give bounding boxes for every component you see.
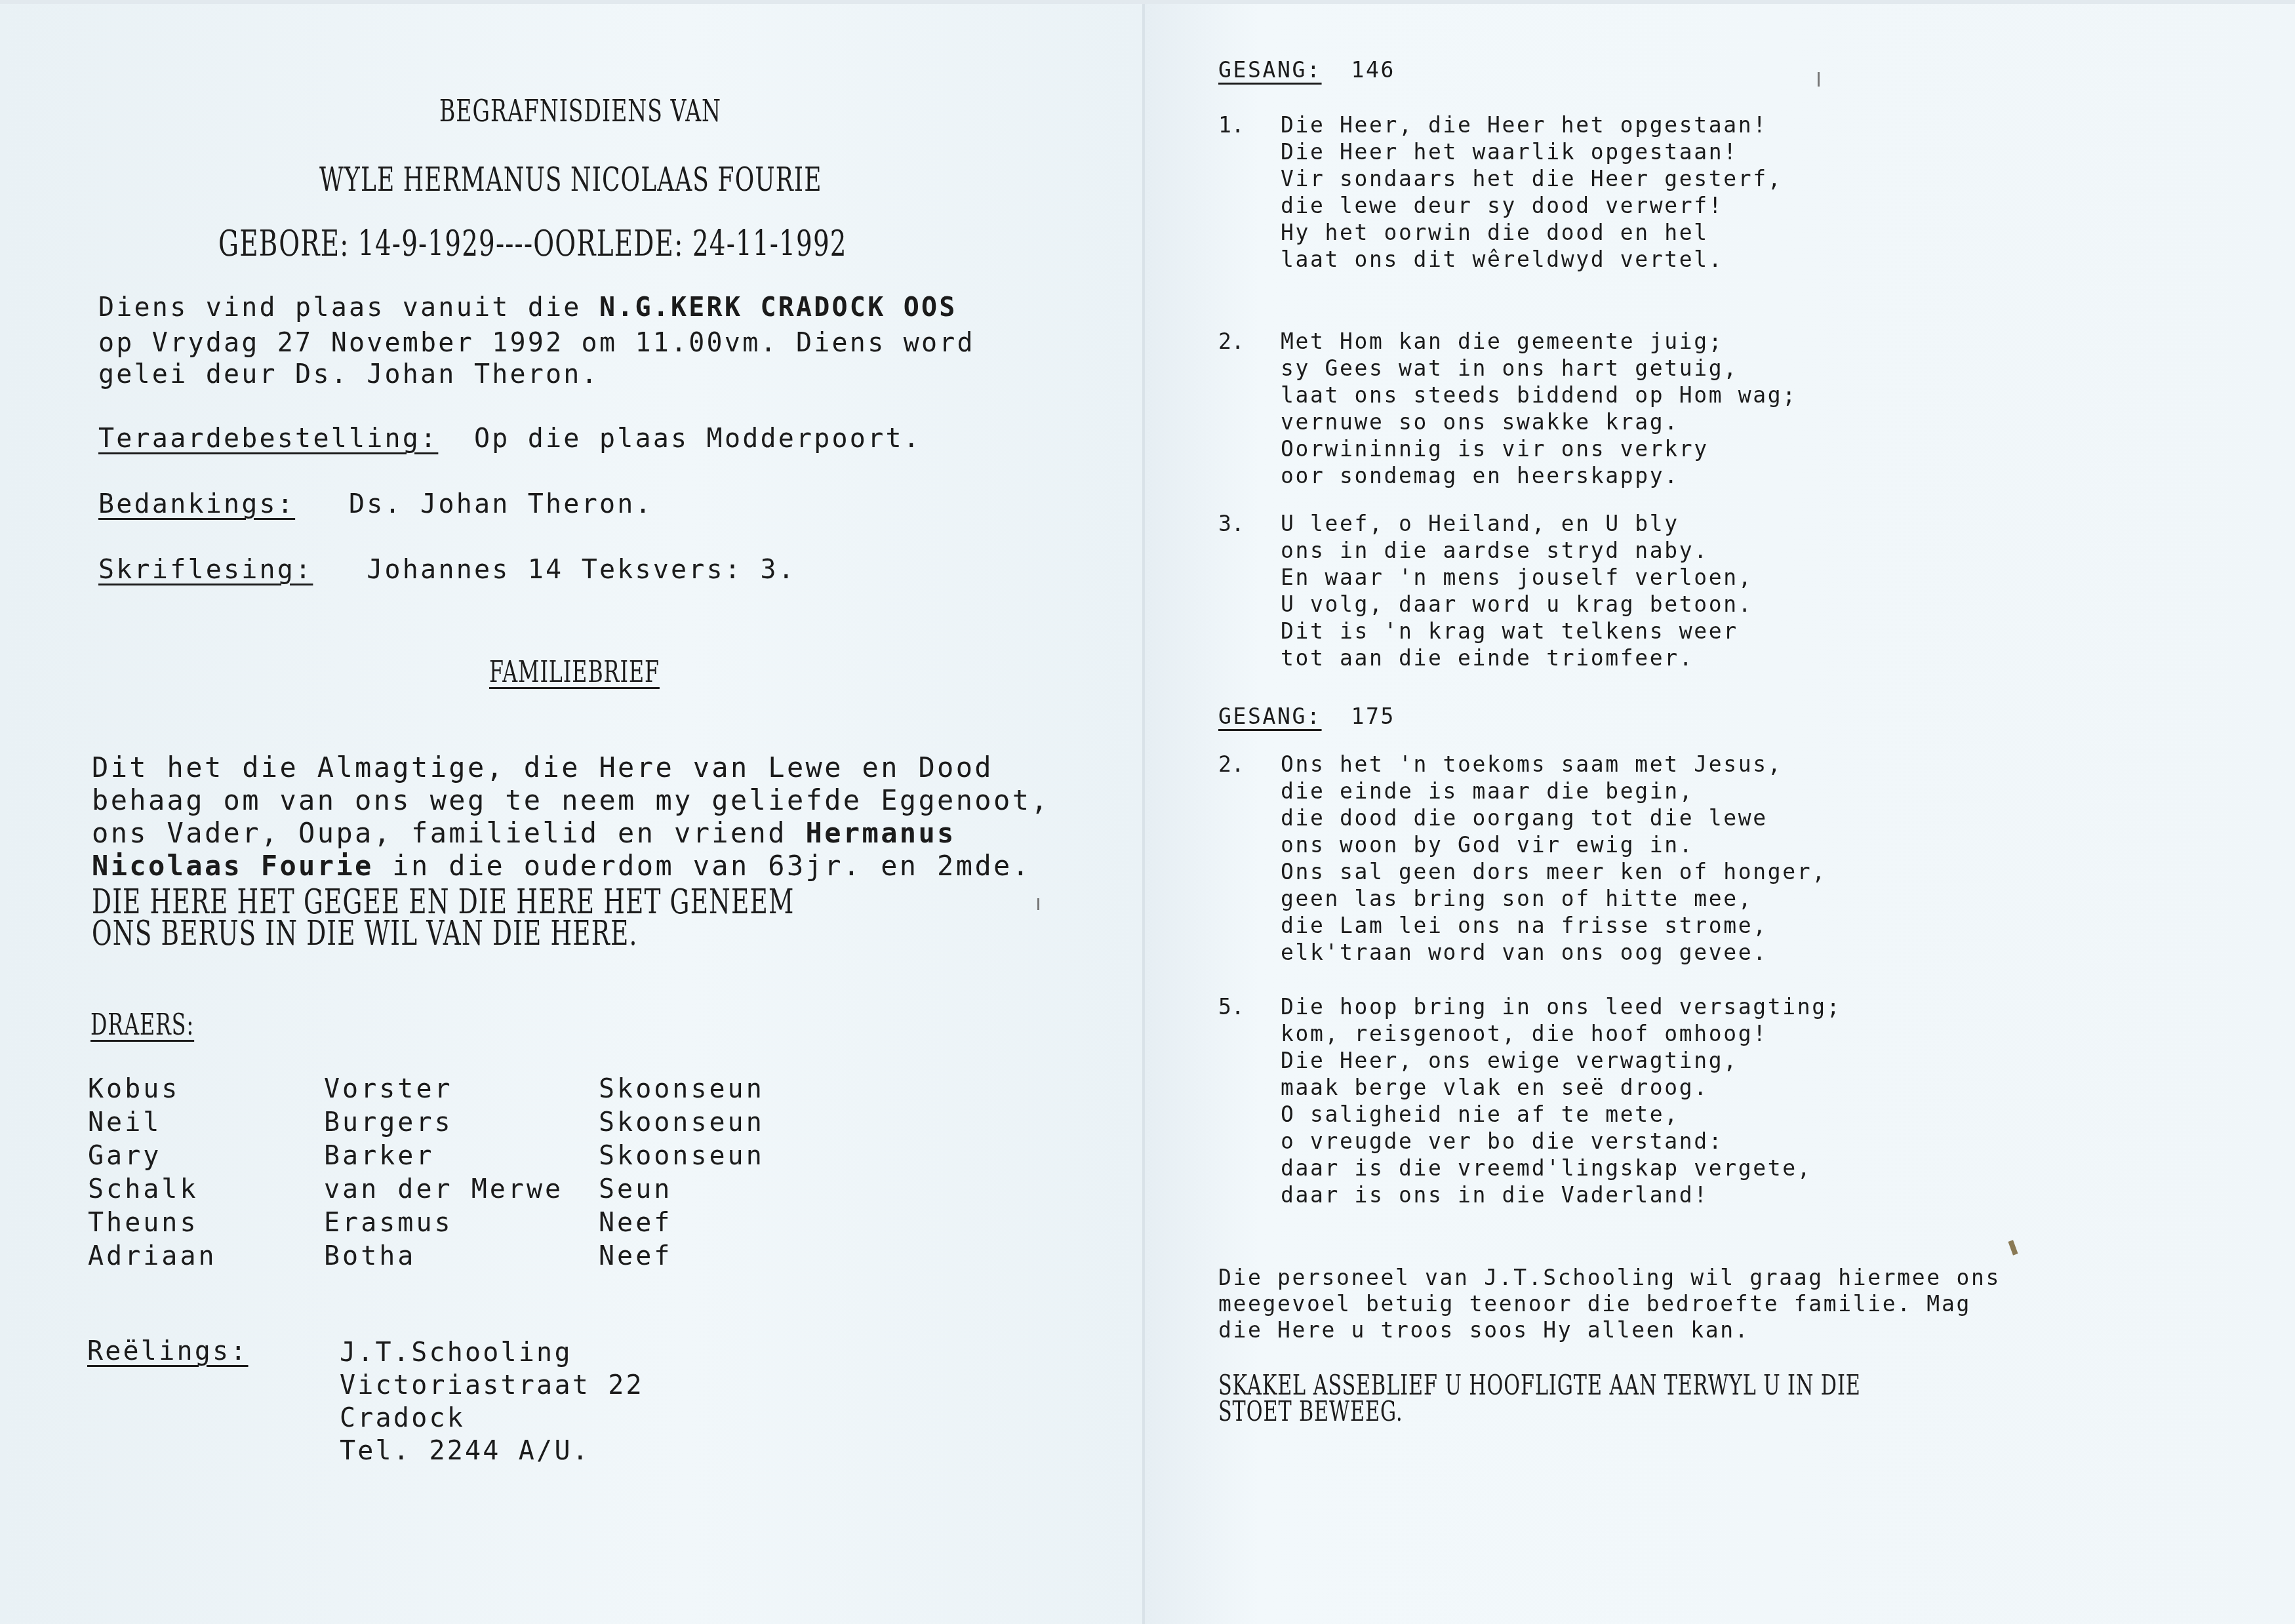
- draer-surname: Vorster: [324, 1074, 453, 1104]
- stanza-line: Ons sal geen dors meer ken of honger,: [1281, 858, 1827, 885]
- draer-relation: Neef: [599, 1241, 672, 1271]
- stanza-line: o vreugde ver bo die verstand:: [1281, 1128, 1841, 1155]
- stanza-line: O saligheid nie af te mete,: [1281, 1101, 1841, 1128]
- letter-line-6: ONS BERUS IN DIE WIL VAN DIE HERE.: [92, 914, 638, 953]
- paper-mark: [1037, 898, 1039, 910]
- letter-line-3: ons Vader, Oupa, familielid en vriend He…: [92, 820, 956, 847]
- draer-first: Gary: [88, 1141, 161, 1171]
- hymn-number: 146: [1351, 57, 1396, 83]
- detail-label: Bedankings:: [98, 489, 295, 519]
- notice-line-2: STOET BEWEEG.: [1218, 1395, 1403, 1427]
- stanza-line: laat ons dit wêreldwyd vertel.: [1281, 246, 1782, 273]
- condolence-line-3: die Here u troos soos Hy alleen kan.: [1218, 1317, 1749, 1343]
- stanza-number: 2.: [1218, 328, 1245, 355]
- paper-mark: [1818, 72, 1820, 87]
- birth-death-dates: GEBORE: 14-9-1929----OORLEDE: 24-11-1992: [218, 223, 847, 264]
- church-name: N.G.KERK CRADOCK OOS: [599, 292, 957, 323]
- stanza-line: Die Heer, die Heer het opgestaan!: [1281, 111, 1782, 138]
- draer-surname: Erasmus: [324, 1208, 453, 1238]
- stanza-line: ons woon by God vir ewig in.: [1281, 831, 1827, 858]
- reelings-line-4: Tel. 2244 A/U.: [340, 1437, 590, 1465]
- stanza-line: U leef, o Heiland, en U bly: [1281, 510, 1753, 537]
- stanza-line: daar is ons in die Vaderland!: [1281, 1181, 1841, 1208]
- draer-first: Neil: [88, 1107, 161, 1138]
- stanza-number: 1.: [1218, 111, 1245, 138]
- detail-label: Teraardebestelling:: [98, 424, 438, 454]
- hymn-label: GESANG:: [1218, 703, 1322, 729]
- hymn-175-header: GESANG: 175: [1218, 703, 1395, 730]
- detail-value: Ds. Johan Theron.: [349, 489, 653, 519]
- detail-thanks: Bedankings: Ds. Johan Theron.: [98, 490, 653, 518]
- stanza-line: En waar 'n mens jouself verloen,: [1281, 564, 1753, 591]
- stanza-line: Dit is 'n krag wat telkens weer: [1281, 618, 1753, 644]
- stanza-line: Vir sondaars het die Heer gesterf,: [1281, 165, 1782, 192]
- draer-surname: van der Merwe: [324, 1174, 563, 1204]
- stanza-line: elk'traan word van ons oog gevee.: [1281, 939, 1827, 966]
- draer-relation: Skoonseun: [599, 1141, 765, 1171]
- detail-value: Johannes 14 Teksvers: 3.: [367, 555, 796, 585]
- stanza-lines: U leef, o Heiland, en U blyons in die aa…: [1281, 510, 1753, 671]
- reelings-line-3: Cradock: [340, 1404, 465, 1432]
- stanza-line: U volg, daar word u krag betoon.: [1281, 591, 1753, 618]
- reelings-label: Reëlings:: [87, 1337, 249, 1365]
- letter-text: ons Vader, Oupa, familielid en vriend: [92, 817, 806, 849]
- detail-burial: Teraardebestelling: Op die plaas Modderp…: [98, 425, 921, 452]
- paper-top-edge: [0, 0, 2295, 4]
- deceased-surname: Nicolaas Fourie: [92, 850, 374, 882]
- stanza-line: Met Hom kan die gemeente juig;: [1281, 328, 1797, 355]
- detail-scripture: Skriflesing: Johannes 14 Teksvers: 3.: [98, 556, 796, 584]
- stanza-line: geen las bring son of hitte mee,: [1281, 885, 1827, 912]
- letter-line-4: Nicolaas Fourie in die ouderdom van 63jr…: [92, 852, 1031, 880]
- stanza-line: maak berge vlak en seë droog.: [1281, 1074, 1841, 1101]
- draer-surname: Botha: [324, 1241, 416, 1271]
- familiebrief-heading: FAMILIEBRIEF: [489, 656, 660, 689]
- service-line-2: op Vrydag 27 November 1992 om 11.00vm. D…: [98, 329, 975, 357]
- draers-heading: DRAERS:: [90, 1008, 194, 1042]
- stanza-number: 2.: [1218, 751, 1245, 778]
- stanza-line: Die Heer het waarlik opgestaan!: [1281, 138, 1782, 165]
- draer-first: Kobus: [88, 1074, 180, 1104]
- service-text: Diens vind plaas vanuit die: [98, 292, 599, 323]
- hymn-number: 175: [1351, 703, 1396, 729]
- stanza-line: die lewe deur sy dood verwerf!: [1281, 192, 1782, 219]
- deceased-first-names: Hermanus: [806, 817, 956, 849]
- hymn-146-header: GESANG: 146: [1218, 56, 1395, 83]
- draer-relation: Skoonseun: [599, 1074, 765, 1104]
- hymn-label: GESANG:: [1218, 57, 1322, 83]
- stanza-lines: Die hoop bring in ons leed versagting;ko…: [1281, 993, 1841, 1208]
- draer-surname: Barker: [324, 1141, 435, 1171]
- detail-value: Op die plaas Modderpoort.: [474, 424, 921, 454]
- service-title: BEGRAFNISDIENS VAN: [439, 93, 721, 129]
- stanza-line: vernuwe so ons swakke krag.: [1281, 408, 1797, 435]
- stanza-line: Ons het 'n toekoms saam met Jesus,: [1281, 751, 1827, 778]
- stanza-lines: Die Heer, die Heer het opgestaan!Die Hee…: [1281, 111, 1782, 273]
- stanza-number: 3.: [1218, 510, 1245, 537]
- stanza-line: oor sondemag en heerskappy.: [1281, 462, 1797, 489]
- stanza-line: Hy het oorwin die dood en hel: [1281, 219, 1782, 246]
- draer-relation: Skoonseun: [599, 1107, 765, 1138]
- draer-first: Theuns: [88, 1208, 199, 1238]
- stanza-line: Die Heer, ons ewige verwagting,: [1281, 1047, 1841, 1074]
- stanza-line: kom, reisgenoot, die hoof omhoog!: [1281, 1020, 1841, 1047]
- stanza-line: die Lam lei ons na frisse strome,: [1281, 912, 1827, 939]
- draer-first: Schalk: [88, 1174, 199, 1204]
- deceased-name: WYLE HERMANUS NICOLAAS FOURIE: [319, 161, 822, 199]
- page-fold: [1142, 0, 1145, 1624]
- condolence-line-2: meegevoel betuig teenoor die bedroefte f…: [1218, 1290, 1971, 1317]
- service-line-1: Diens vind plaas vanuit die N.G.KERK CRA…: [98, 294, 957, 321]
- stanza-line: daar is die vreemd'lingskap vergete,: [1281, 1155, 1841, 1181]
- letter-line-1: Dit het die Almagtige, die Here van Lewe…: [92, 754, 993, 782]
- stanza-line: laat ons steeds biddend op Hom wag;: [1281, 382, 1797, 408]
- draer-relation: Neef: [599, 1208, 672, 1238]
- stanza-lines: Met Hom kan die gemeente juig;sy Gees wa…: [1281, 328, 1797, 489]
- letter-line-2: behaag om van ons weg te neem my geliefd…: [92, 787, 1050, 814]
- stanza-line: ons in die aardse stryd naby.: [1281, 537, 1753, 564]
- service-line-3: gelei deur Ds. Johan Theron.: [98, 361, 599, 388]
- stanza-line: tot aan die einde triomfeer.: [1281, 644, 1753, 671]
- stanza-line: die einde is maar die begin,: [1281, 778, 1827, 804]
- stanza-line: Oorwininnig is vir ons verkry: [1281, 435, 1797, 462]
- stanza-lines: Ons het 'n toekoms saam met Jesus,die ei…: [1281, 751, 1827, 966]
- stanza-line: die dood die oorgang tot die lewe: [1281, 804, 1827, 831]
- reelings-line-2: Victoriastraat 22: [340, 1372, 644, 1399]
- draer-first: Adriaan: [88, 1241, 217, 1271]
- letter-text: in die ouderdom van 63jr. en 2mde.: [374, 850, 1031, 882]
- draer-relation: Seun: [599, 1174, 672, 1204]
- reelings-line-1: J.T.Schooling: [340, 1339, 572, 1366]
- stanza-number: 5.: [1218, 993, 1245, 1020]
- stanza-line: sy Gees wat in ons hart getuig,: [1281, 355, 1797, 382]
- condolence-line-1: Die personeel van J.T.Schooling wil graa…: [1218, 1264, 2001, 1291]
- detail-label: Skriflesing:: [98, 555, 313, 585]
- draer-surname: Burgers: [324, 1107, 453, 1138]
- stanza-line: Die hoop bring in ons leed versagting;: [1281, 993, 1841, 1020]
